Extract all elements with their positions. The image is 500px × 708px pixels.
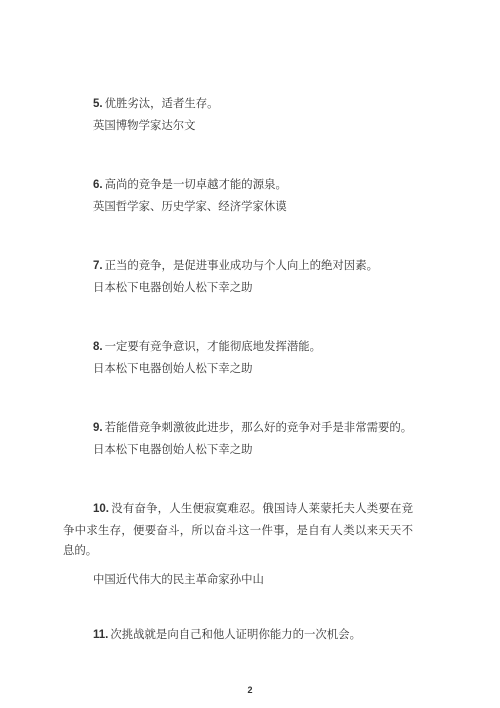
quote-attribution: 日本松下电器创始人松下幸之助 [63, 358, 413, 379]
quote-section-11: 11.次挑战就是向自己和他人证明你能力的一次机会。 [63, 624, 413, 646]
quote-text: 7.正当的竞争，是促进事业成功与个人向上的绝对因素。 [63, 255, 413, 277]
quote-attribution: 中国近代伟大的民主革命家孙中山 [63, 569, 413, 590]
quote-attribution: 英国哲学家、历史学家、经济学家休谟 [63, 196, 413, 217]
quote-section-6: 6.高尚的竞争是一切卓越才能的源泉。 英国哲学家、历史学家、经济学家休谟 [63, 174, 413, 216]
document-page: 5.优胜劣汰，适者生存。 英国博物学家达尔文 6.高尚的竞争是一切卓越才能的源泉… [0, 0, 500, 695]
quote-text: 6.高尚的竞争是一切卓越才能的源泉。 [63, 174, 413, 196]
quote-body: 若能借竞争刺激彼此进步，那么好的竞争对手是非常需要的。 [105, 420, 413, 434]
quote-number: 8. [93, 341, 103, 353]
quote-text: 8.一定要有竞争意识，才能彻底地发挥潜能。 [63, 336, 413, 358]
quote-text: 9.若能借竞争刺激彼此进步，那么好的竞争对手是非常需要的。 [63, 417, 413, 439]
quote-body: 没有奋争，人生便寂寞难忍。俄国诗人莱蒙托夫人类要在竞争中求生存，便要奋斗，所以奋… [63, 501, 413, 557]
page-number: 2 [0, 685, 500, 695]
quote-number: 9. [93, 422, 103, 434]
quote-list: 5.优胜劣汰，适者生存。 英国博物学家达尔文 6.高尚的竞争是一切卓越才能的源泉… [63, 0, 413, 646]
quote-number: 7. [93, 260, 103, 272]
quote-section-9: 9.若能借竞争刺激彼此进步，那么好的竞争对手是非常需要的。 日本松下电器创始人松… [63, 417, 413, 459]
quote-body: 一定要有竞争意识，才能彻底地发挥潜能。 [105, 339, 321, 353]
quote-attribution: 英国博物学家达尔文 [63, 115, 413, 136]
quote-text: 10.没有奋争，人生便寂寞难忍。俄国诗人莱蒙托夫人类要在竞争中求生存，便要奋斗，… [63, 498, 413, 561]
quote-text: 11.次挑战就是向自己和他人证明你能力的一次机会。 [63, 624, 413, 646]
quote-body: 优胜劣汰，适者生存。 [105, 96, 219, 110]
quote-number: 10. [93, 503, 109, 515]
quote-section-8: 8.一定要有竞争意识，才能彻底地发挥潜能。 日本松下电器创始人松下幸之助 [63, 336, 413, 378]
quote-section-7: 7.正当的竞争，是促进事业成功与个人向上的绝对因素。 日本松下电器创始人松下幸之… [63, 255, 413, 297]
quote-number: 5. [93, 98, 103, 110]
quote-body: 正当的竞争，是促进事业成功与个人向上的绝对因素。 [105, 258, 378, 272]
quote-section-10: 10.没有奋争，人生便寂寞难忍。俄国诗人莱蒙托夫人类要在竞争中求生存，便要奋斗，… [63, 498, 413, 589]
quote-attribution: 日本松下电器创始人松下幸之助 [63, 439, 413, 460]
quote-section-5: 5.优胜劣汰，适者生存。 英国博物学家达尔文 [63, 93, 413, 135]
quote-body: 次挑战就是向自己和他人证明你能力的一次机会。 [110, 627, 361, 641]
quote-number: 6. [93, 179, 103, 191]
quote-body: 高尚的竞争是一切卓越才能的源泉。 [105, 177, 287, 191]
quote-number: 11. [93, 629, 108, 641]
quote-text: 5.优胜劣汰，适者生存。 [63, 93, 413, 115]
quote-attribution: 日本松下电器创始人松下幸之助 [63, 277, 413, 298]
